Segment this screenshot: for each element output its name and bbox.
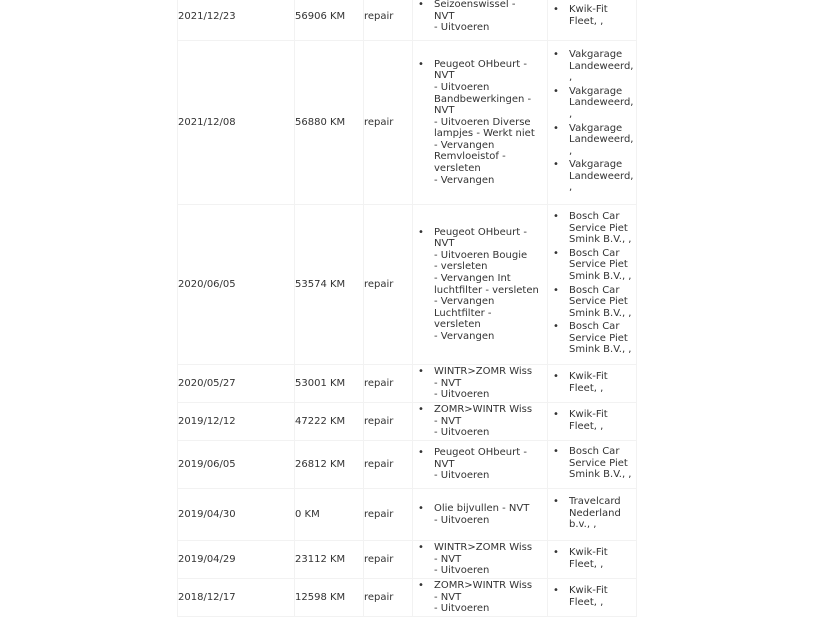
bullet-icon: • xyxy=(418,59,424,71)
garage-item-text: Vakgarage Landeweerd, , xyxy=(569,159,636,194)
garage-cell: •Kwik-Fit Fleet, , xyxy=(548,0,637,41)
date-cell: 2021/12/23 xyxy=(178,0,295,41)
bullet-icon: • xyxy=(553,211,559,223)
bullet-icon: • xyxy=(418,503,424,515)
description-item-text: Peugeot OHbeurt - NVT - Uitvoeren Bougie… xyxy=(434,227,547,343)
garage-item-text: Travelcard Nederland b.v., , xyxy=(569,496,636,531)
mileage-cell: 0 KM xyxy=(295,489,364,541)
type-cell: repair xyxy=(364,441,413,489)
garage-item: •Bosch Car Service Piet Smink B.V., , xyxy=(548,321,636,356)
description-item: •WINTR>ZOMR Wiss - NVT - Uitvoeren xyxy=(413,366,547,401)
bullet-icon: • xyxy=(418,0,424,11)
date-cell: 2021/12/08 xyxy=(178,41,295,205)
description-cell-list: •Peugeot OHbeurt - NVT - Uitvoeren Bougi… xyxy=(413,227,547,343)
garage-item: •Vakgarage Landeweerd, , xyxy=(548,86,636,121)
garage-item-text: Kwik-Fit Fleet, , xyxy=(569,371,636,394)
description-item: •Seizoenswissel - NVT - Uitvoeren xyxy=(413,0,547,34)
description-cell-list: •Seizoenswissel - NVT - Uitvoeren xyxy=(413,0,547,34)
maintenance-history-table: 2021/12/2356906 KMrepair•Seizoenswissel … xyxy=(177,0,637,617)
garage-cell: •Kwik-Fit Fleet, , xyxy=(548,403,637,441)
description-cell: •WINTR>ZOMR Wiss - NVT - Uitvoeren xyxy=(413,365,548,403)
garage-cell-list: •Travelcard Nederland b.v., , xyxy=(548,496,636,531)
mileage-cell: 26812 KM xyxy=(295,441,364,489)
garage-item-text: Kwik-Fit Fleet, , xyxy=(569,547,636,570)
mileage-cell: 47222 KM xyxy=(295,403,364,441)
type-cell: repair xyxy=(364,0,413,41)
description-item-text: WINTR>ZOMR Wiss - NVT - Uitvoeren xyxy=(434,542,547,577)
bullet-icon: • xyxy=(553,409,559,421)
bullet-icon: • xyxy=(418,447,424,459)
bullet-icon: • xyxy=(553,496,559,508)
type-cell: repair xyxy=(364,579,413,617)
description-item: •Peugeot OHbeurt - NVT - Uitvoeren Bandb… xyxy=(413,59,547,187)
date-cell: 2019/12/12 xyxy=(178,403,295,441)
garage-item: •Kwik-Fit Fleet, , xyxy=(548,547,636,570)
bullet-icon: • xyxy=(553,321,559,333)
date-cell: 2020/06/05 xyxy=(178,205,295,365)
garage-item: •Bosch Car Service Piet Smink B.V., , xyxy=(548,285,636,320)
garage-item: •Kwik-Fit Fleet, , xyxy=(548,371,636,394)
date-cell: 2018/12/17 xyxy=(178,579,295,617)
garage-item-text: Bosch Car Service Piet Smink B.V., , xyxy=(569,285,636,320)
description-item-text: ZOMR>WINTR Wiss - NVT - Uitvoeren xyxy=(434,404,547,439)
table-row: 2018/12/1712598 KMrepair•ZOMR>WINTR Wiss… xyxy=(178,579,637,617)
garage-cell-list: •Kwik-Fit Fleet, , xyxy=(548,547,636,570)
garage-cell: •Bosch Car Service Piet Smink B.V., ,•Bo… xyxy=(548,205,637,365)
garage-item: •Travelcard Nederland b.v., , xyxy=(548,496,636,531)
table-row: 2021/12/2356906 KMrepair•Seizoenswissel … xyxy=(178,0,637,41)
garage-item: •Vakgarage Landeweerd, , xyxy=(548,123,636,158)
garage-cell-list: •Kwik-Fit Fleet, , xyxy=(548,371,636,394)
garage-item-text: Vakgarage Landeweerd, , xyxy=(569,86,636,121)
description-cell: •ZOMR>WINTR Wiss - NVT - Uitvoeren xyxy=(413,579,548,617)
garage-item-text: Vakgarage Landeweerd, , xyxy=(569,49,636,84)
garage-cell: •Vakgarage Landeweerd, ,•Vakgarage Lande… xyxy=(548,41,637,205)
description-item: •WINTR>ZOMR Wiss - NVT - Uitvoeren xyxy=(413,542,547,577)
description-item: •Olie bijvullen - NVT - Uitvoeren xyxy=(413,503,547,526)
garage-item: •Bosch Car Service Piet Smink B.V., , xyxy=(548,211,636,246)
description-cell: •Seizoenswissel - NVT - Uitvoeren xyxy=(413,0,548,41)
bullet-icon: • xyxy=(553,285,559,297)
garage-item: •Vakgarage Landeweerd, , xyxy=(548,49,636,84)
type-cell: repair xyxy=(364,489,413,541)
table-body: 2021/12/2356906 KMrepair•Seizoenswissel … xyxy=(178,0,637,617)
description-item-text: Olie bijvullen - NVT - Uitvoeren xyxy=(434,503,547,526)
garage-item: •Kwik-Fit Fleet, , xyxy=(548,409,636,432)
mileage-cell: 56880 KM xyxy=(295,41,364,205)
garage-cell: •Kwik-Fit Fleet, , xyxy=(548,365,637,403)
date-cell: 2020/05/27 xyxy=(178,365,295,403)
garage-cell-list: •Bosch Car Service Piet Smink B.V., ,•Bo… xyxy=(548,211,636,356)
table-row: 2021/12/0856880 KMrepair•Peugeot OHbeurt… xyxy=(178,41,637,205)
mileage-cell: 12598 KM xyxy=(295,579,364,617)
mileage-cell: 23112 KM xyxy=(295,541,364,579)
type-cell: repair xyxy=(364,205,413,365)
garage-item-text: Kwik-Fit Fleet, , xyxy=(569,585,636,608)
description-item-text: Peugeot OHbeurt - NVT - Uitvoeren Bandbe… xyxy=(434,59,547,187)
garage-item-text: Bosch Car Service Piet Smink B.V., , xyxy=(569,446,636,481)
garage-cell: •Kwik-Fit Fleet, , xyxy=(548,579,637,617)
garage-item-text: Bosch Car Service Piet Smink B.V., , xyxy=(569,211,636,246)
description-cell: •Peugeot OHbeurt - NVT - Uitvoeren xyxy=(413,441,548,489)
description-cell-list: •WINTR>ZOMR Wiss - NVT - Uitvoeren xyxy=(413,366,547,401)
description-cell-list: •ZOMR>WINTR Wiss - NVT - Uitvoeren xyxy=(413,404,547,439)
bullet-icon: • xyxy=(553,585,559,597)
garage-item: •Vakgarage Landeweerd, , xyxy=(548,159,636,194)
table-row: 2020/05/2753001 KMrepair•WINTR>ZOMR Wiss… xyxy=(178,365,637,403)
description-cell-list: •Olie bijvullen - NVT - Uitvoeren xyxy=(413,503,547,526)
bullet-icon: • xyxy=(418,227,424,239)
table-row: 2019/04/2923112 KMrepair•WINTR>ZOMR Wiss… xyxy=(178,541,637,579)
description-item: •Peugeot OHbeurt - NVT - Uitvoeren Bougi… xyxy=(413,227,547,343)
description-item-text: Peugeot OHbeurt - NVT - Uitvoeren xyxy=(434,447,547,482)
description-cell-list: •WINTR>ZOMR Wiss - NVT - Uitvoeren xyxy=(413,542,547,577)
bullet-icon: • xyxy=(418,366,424,378)
date-cell: 2019/04/29 xyxy=(178,541,295,579)
mileage-cell: 53001 KM xyxy=(295,365,364,403)
description-item-text: WINTR>ZOMR Wiss - NVT - Uitvoeren xyxy=(434,366,547,401)
description-item-text: ZOMR>WINTR Wiss - NVT - Uitvoeren xyxy=(434,580,547,615)
garage-cell: •Kwik-Fit Fleet, , xyxy=(548,541,637,579)
description-cell-list: •Peugeot OHbeurt - NVT - Uitvoeren xyxy=(413,447,547,482)
description-item-text: Seizoenswissel - NVT - Uitvoeren xyxy=(434,0,547,34)
date-cell: 2019/04/30 xyxy=(178,489,295,541)
garage-cell-list: •Kwik-Fit Fleet, , xyxy=(548,409,636,432)
garage-cell: •Travelcard Nederland b.v., , xyxy=(548,489,637,541)
bullet-icon: • xyxy=(553,123,559,135)
bullet-icon: • xyxy=(553,446,559,458)
type-cell: repair xyxy=(364,541,413,579)
garage-item: •Kwik-Fit Fleet, , xyxy=(548,585,636,608)
garage-item: •Kwik-Fit Fleet, , xyxy=(548,4,636,27)
garage-item-text: Vakgarage Landeweerd, , xyxy=(569,123,636,158)
garage-cell-list: •Bosch Car Service Piet Smink B.V., , xyxy=(548,446,636,481)
type-cell: repair xyxy=(364,365,413,403)
garage-item-text: Bosch Car Service Piet Smink B.V., , xyxy=(569,321,636,356)
type-cell: repair xyxy=(364,403,413,441)
garage-item: •Bosch Car Service Piet Smink B.V., , xyxy=(548,248,636,283)
bullet-icon: • xyxy=(553,248,559,260)
bullet-icon: • xyxy=(553,86,559,98)
bullet-icon: • xyxy=(553,371,559,383)
bullet-icon: • xyxy=(418,404,424,416)
table-row: 2019/04/300 KMrepair•Olie bijvullen - NV… xyxy=(178,489,637,541)
garage-cell-list: •Kwik-Fit Fleet, , xyxy=(548,585,636,608)
description-cell: •ZOMR>WINTR Wiss - NVT - Uitvoeren xyxy=(413,403,548,441)
description-cell: •Peugeot OHbeurt - NVT - Uitvoeren Bandb… xyxy=(413,41,548,205)
bullet-icon: • xyxy=(553,49,559,61)
garage-cell: •Bosch Car Service Piet Smink B.V., , xyxy=(548,441,637,489)
garage-cell-list: •Vakgarage Landeweerd, ,•Vakgarage Lande… xyxy=(548,49,636,194)
garage-item: •Bosch Car Service Piet Smink B.V., , xyxy=(548,446,636,481)
garage-item-text: Bosch Car Service Piet Smink B.V., , xyxy=(569,248,636,283)
description-item: •Peugeot OHbeurt - NVT - Uitvoeren xyxy=(413,447,547,482)
description-cell: •Olie bijvullen - NVT - Uitvoeren xyxy=(413,489,548,541)
description-item: •ZOMR>WINTR Wiss - NVT - Uitvoeren xyxy=(413,404,547,439)
garage-item-text: Kwik-Fit Fleet, , xyxy=(569,409,636,432)
bullet-icon: • xyxy=(418,542,424,554)
table-row: 2020/06/0553574 KMrepair•Peugeot OHbeurt… xyxy=(178,205,637,365)
bullet-icon: • xyxy=(553,4,559,16)
type-cell: repair xyxy=(364,41,413,205)
description-cell-list: •ZOMR>WINTR Wiss - NVT - Uitvoeren xyxy=(413,580,547,615)
mileage-cell: 56906 KM xyxy=(295,0,364,41)
garage-cell-list: •Kwik-Fit Fleet, , xyxy=(548,4,636,27)
table-row: 2019/12/1247222 KMrepair•ZOMR>WINTR Wiss… xyxy=(178,403,637,441)
description-cell: •WINTR>ZOMR Wiss - NVT - Uitvoeren xyxy=(413,541,548,579)
garage-item-text: Kwik-Fit Fleet, , xyxy=(569,4,636,27)
bullet-icon: • xyxy=(553,547,559,559)
table-row: 2019/06/0526812 KMrepair•Peugeot OHbeurt… xyxy=(178,441,637,489)
description-cell-list: •Peugeot OHbeurt - NVT - Uitvoeren Bandb… xyxy=(413,59,547,187)
description-item: •ZOMR>WINTR Wiss - NVT - Uitvoeren xyxy=(413,580,547,615)
bullet-icon: • xyxy=(418,580,424,592)
date-cell: 2019/06/05 xyxy=(178,441,295,489)
bullet-icon: • xyxy=(553,159,559,171)
description-cell: •Peugeot OHbeurt - NVT - Uitvoeren Bougi… xyxy=(413,205,548,365)
mileage-cell: 53574 KM xyxy=(295,205,364,365)
